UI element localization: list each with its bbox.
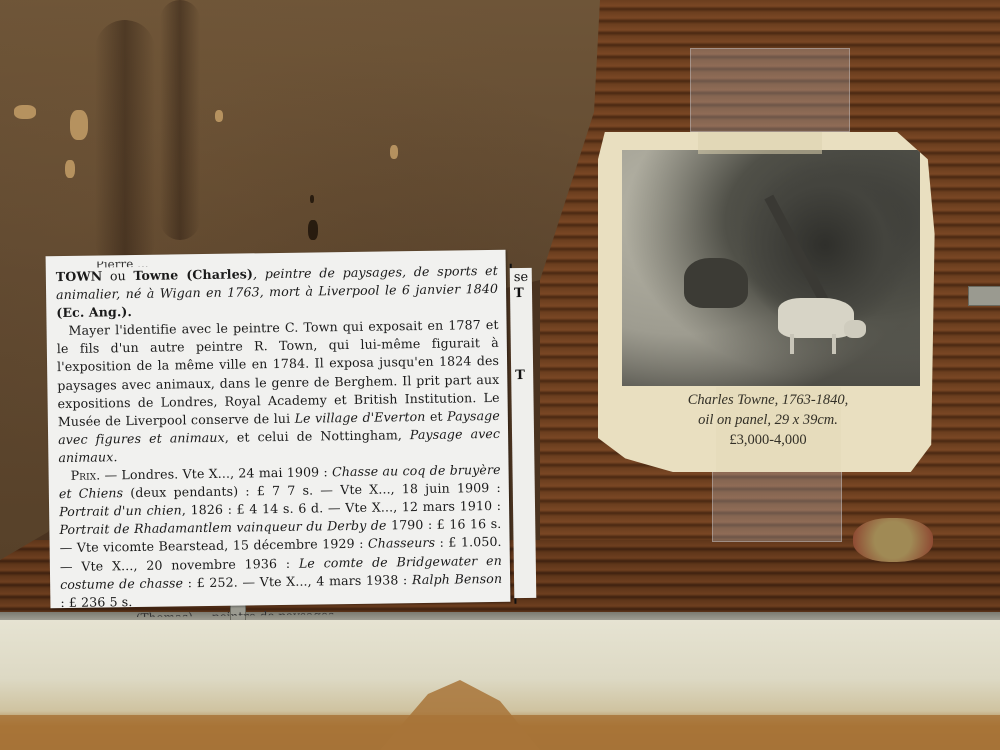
- white-cow: [778, 298, 854, 338]
- paper-speck: [390, 145, 398, 159]
- cow-leg: [790, 334, 794, 354]
- newspaper-clipping: Pierre ... TOWN ou Towne (Charles), pein…: [46, 250, 511, 608]
- caption-medium: oil on panel, 29 x 39cm.: [598, 410, 938, 430]
- caption-artist: Charles Towne, 1763-1840,: [598, 390, 938, 410]
- metal-clip: [968, 286, 1000, 306]
- entry-alt-name: Towne (Charles): [133, 266, 253, 283]
- exposed-wood: [0, 715, 1000, 750]
- paint-fleck: [853, 518, 933, 562]
- adjacent-glyph: T: [514, 286, 524, 301]
- auction-catalogue-clipping: Charles Towne, 1763-1840, oil on panel, …: [598, 132, 938, 472]
- dark-cow: [684, 258, 748, 308]
- entry-school: (Ec. Ang.).: [56, 304, 132, 320]
- clear-tape: [690, 48, 850, 132]
- prices-paragraph: Prix. — Londres. Vte X..., 24 mai 1909 :…: [59, 461, 503, 612]
- paragraph-text: et: [425, 408, 447, 423]
- lot-caption: Charles Towne, 1763-1840, oil on panel, …: [598, 390, 938, 450]
- caption-estimate: £3,000-4,000: [598, 430, 938, 450]
- entry-paragraph: Mayer l'identifie avec le peintre C. Tow…: [56, 316, 500, 467]
- entry-name: TOWN: [56, 268, 103, 284]
- work-title: Le village d'Everton: [295, 409, 426, 426]
- entry-or: ou: [102, 268, 133, 283]
- dictionary-entry: TOWN ou Towne (Charles), peintre de pays…: [56, 262, 503, 612]
- adjacent-glyph: T: [515, 368, 525, 383]
- sale-record: — Vte vicomte Bearstead, 15 décembre 192…: [60, 534, 502, 555]
- panel-reverse-photo: Pierre ... TOWN ou Towne (Charles), pein…: [0, 0, 1000, 750]
- nail-hole: [310, 195, 314, 203]
- water-stain: [95, 20, 155, 270]
- paper-speck: [65, 160, 75, 178]
- paper-speck: [215, 110, 223, 122]
- paper-speck: [14, 105, 36, 119]
- clear-tape: [712, 470, 842, 542]
- engraving-image: [622, 150, 920, 386]
- nail-hole: [308, 220, 318, 240]
- paper-tape: [698, 132, 822, 154]
- adjacent-column-strip: se T T: [510, 268, 537, 598]
- cow-leg: [832, 334, 836, 354]
- paper-speck: [70, 110, 88, 140]
- plaster-strip: [0, 620, 1000, 750]
- paragraph-text: , et celui de Nottingham,: [225, 427, 410, 445]
- white-cow-head: [844, 320, 866, 338]
- water-stain: [160, 0, 200, 240]
- prices-label: Prix.: [71, 468, 101, 483]
- adjacent-glyph: se: [514, 270, 529, 285]
